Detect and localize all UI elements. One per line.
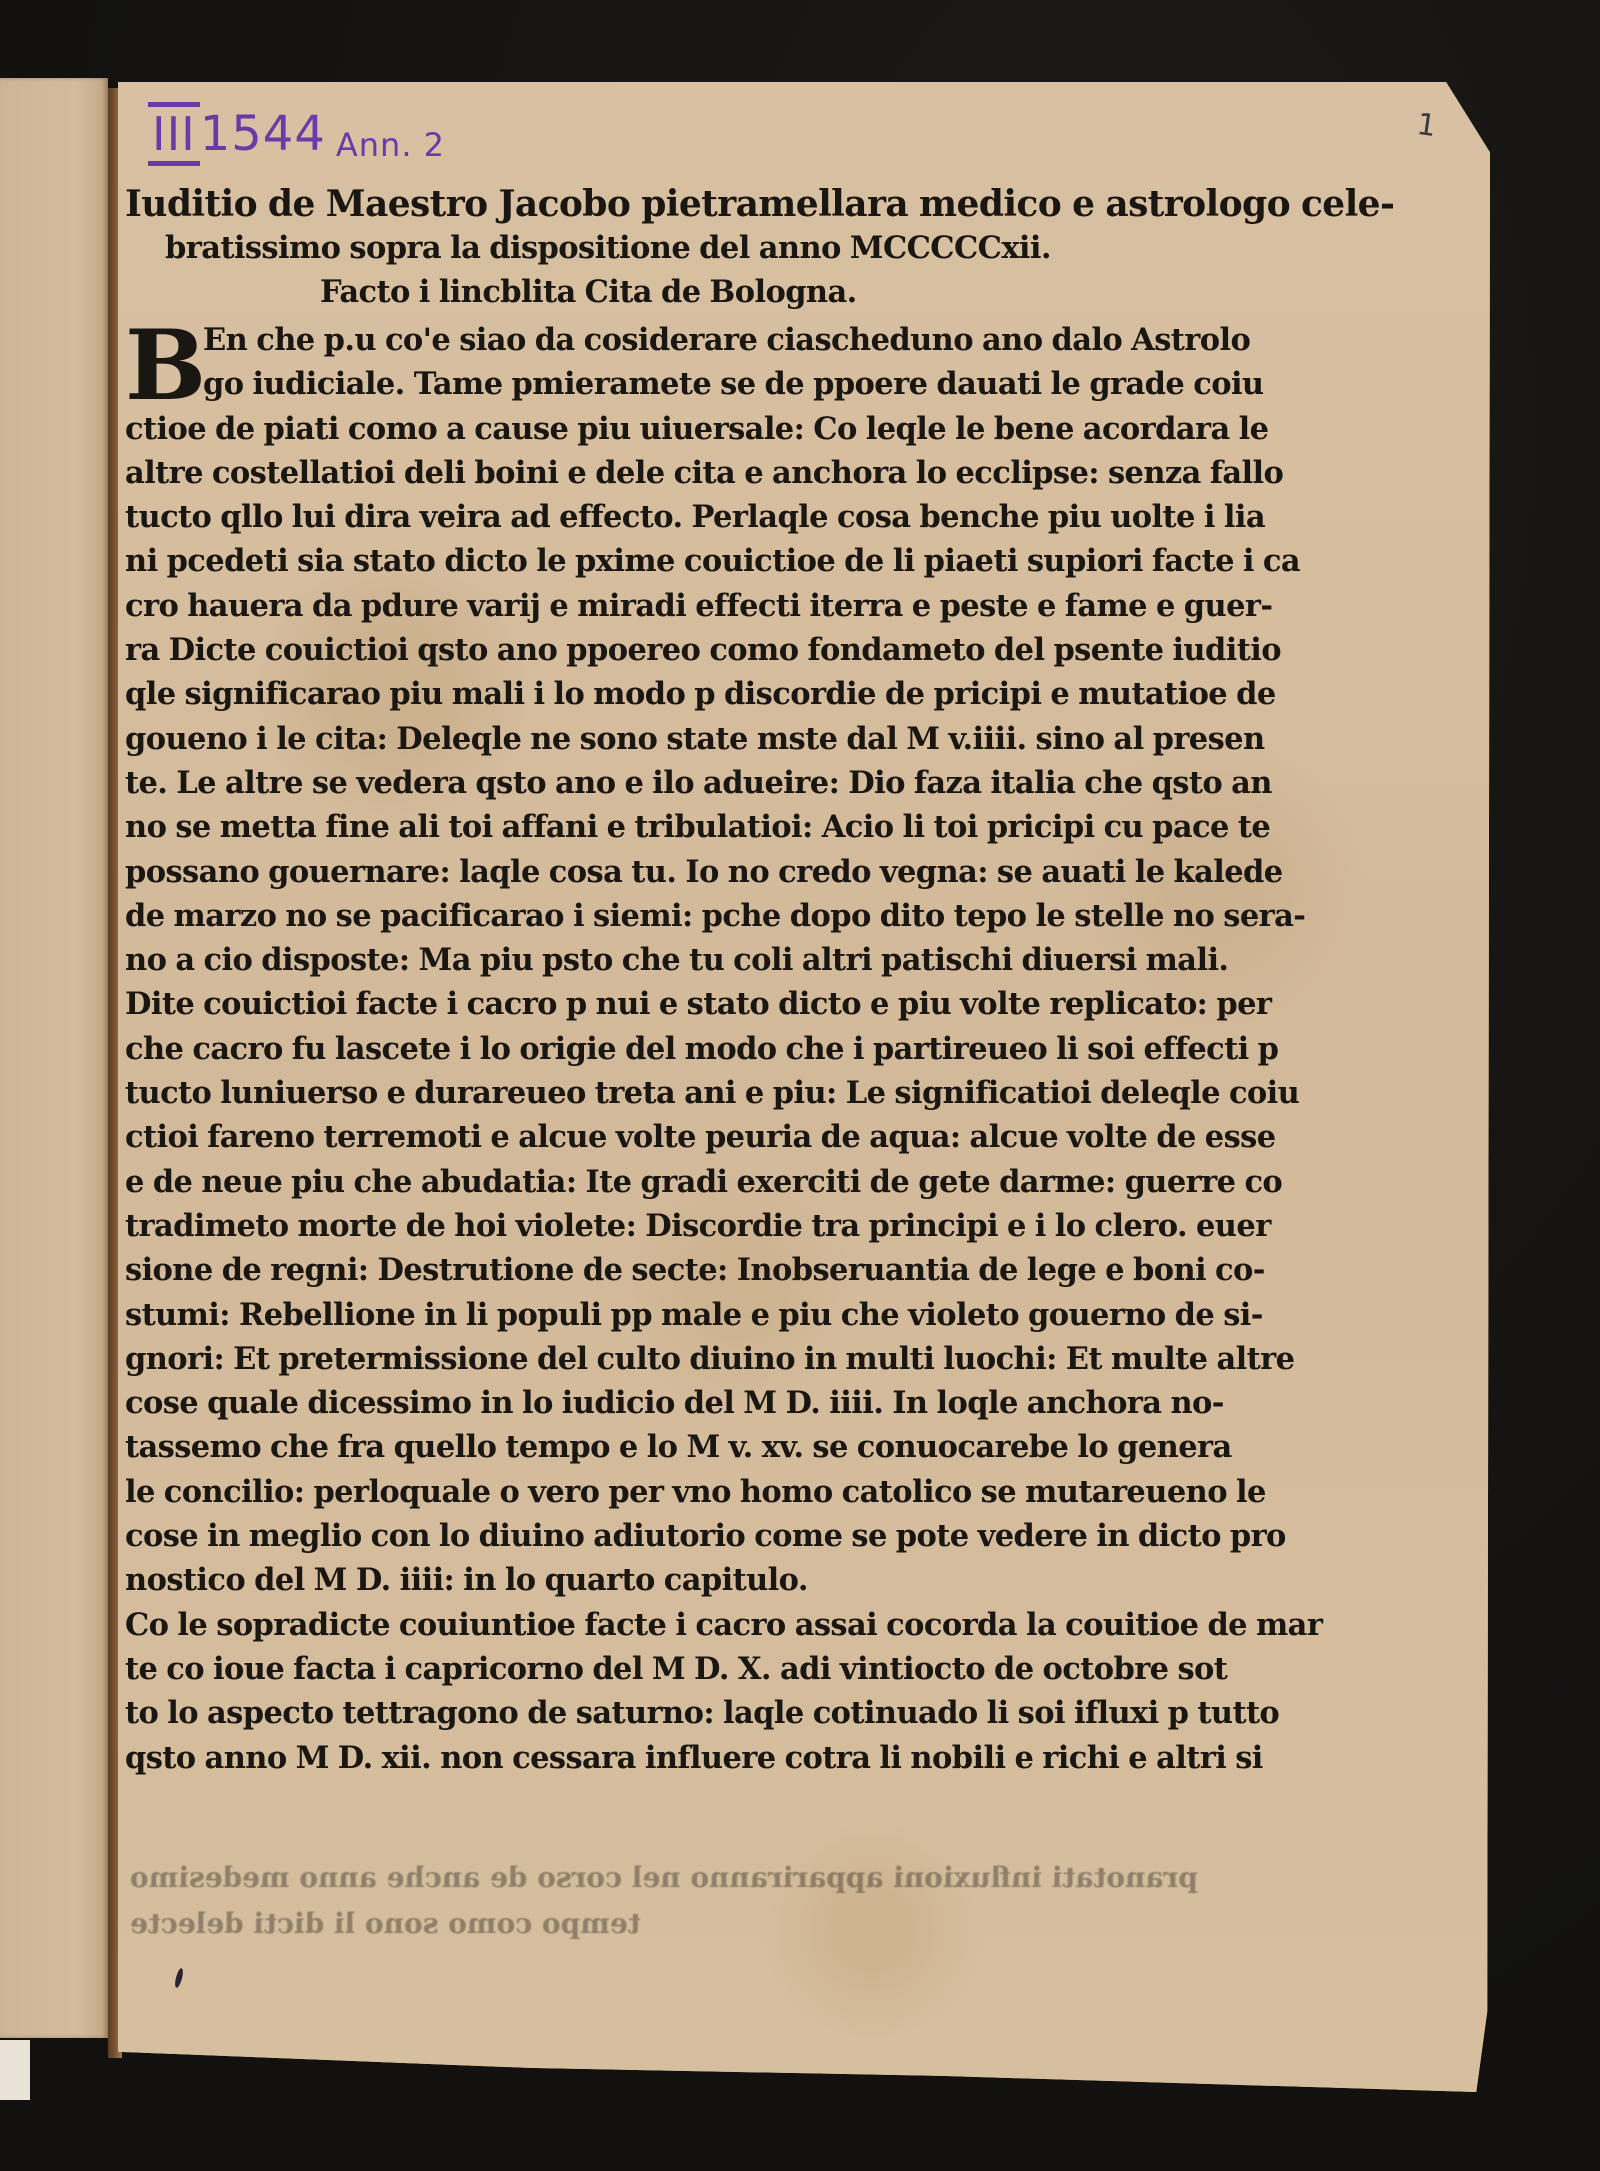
show-through-line: tempo como sono li dicti delecte (130, 1901, 1230, 1947)
text-line: qsto anno M D. xii. non cessara influere… (125, 1736, 1335, 1780)
text-line: tassemo che fra quello tempo e lo M v. x… (125, 1425, 1335, 1469)
text-line: ctioi fareno terremoti e alcue volte peu… (125, 1115, 1335, 1159)
text-line: Co le sopradicte couiuntioe facte i cacr… (125, 1603, 1335, 1647)
text-line: go iudiciale. Tame pmieramete se de ppoe… (125, 362, 1335, 406)
text-line: cose in meglio con lo diuino adiutorio c… (125, 1514, 1335, 1558)
text-line: En che p.u co'e siao da cosiderare ciasc… (125, 318, 1335, 362)
shelfmark-number: 1544 (200, 106, 326, 162)
text-line: che cacro fu lascete i lo origie del mod… (125, 1027, 1335, 1071)
text-line: ctioe de piati como a cause piu uiuersal… (125, 407, 1335, 451)
text-line: no se metta fine ali toi affani e tribul… (125, 805, 1335, 849)
text-line: ra Dicte couictioi qsto ano ppoereo como… (125, 628, 1335, 672)
text-line: tucto luniuerso e durareueo treta ani e … (125, 1071, 1335, 1115)
text-line: tucto qllo lui dira veira ad effecto. Pe… (125, 495, 1335, 539)
text-line: tradimeto morte de hoi violete: Discordi… (125, 1204, 1335, 1248)
text-line: stumi: Rebellione in li populi pp male e… (125, 1293, 1335, 1337)
text-line: te. Le altre se vedera qsto ano e ilo ad… (125, 761, 1335, 805)
title-line-3: Facto i lincblita Cita de Bologna. (125, 270, 1335, 314)
body-text: B En che p.u co'e siao da cosiderare cia… (125, 318, 1335, 1780)
title-line-2: bratissimo sopra la dispositione del ann… (125, 226, 1335, 270)
adjacent-left-page (0, 78, 108, 2038)
text-line: sione de regni: Destrutione de secte: In… (125, 1248, 1335, 1292)
text-line: goueno i le cita: Deleqle ne sono state … (125, 717, 1335, 761)
text-line: de marzo no se pacificarao i siemi: pche… (125, 894, 1335, 938)
text-line: cose quale dicessimo in lo iudicio del M… (125, 1381, 1335, 1425)
text-line: le concilio: perloquale o vero per vno h… (125, 1470, 1335, 1514)
text-line: altre costellatioi deli boini e dele cit… (125, 451, 1335, 495)
printed-text-block: Iuditio de Maestro Jacobo pietramellara … (125, 182, 1335, 1780)
text-line: qle significarao piu mali i lo modo p di… (125, 672, 1335, 716)
text-line: gnori: Et pretermissione del culto diuin… (125, 1337, 1335, 1381)
adjacent-page-edge (0, 2040, 30, 2100)
text-line: ni pcedeti sia stato dicto le pxime coui… (125, 539, 1335, 583)
shelfmark-suffix: Ann. 2 (336, 126, 445, 164)
show-through-text: pranotati influxioni appariranno nel cor… (130, 1855, 1230, 1947)
text-line: e de neue piu che abudatia: Ite gradi ex… (125, 1160, 1335, 1204)
text-line: to lo aspecto tettragono de saturno: laq… (125, 1691, 1335, 1735)
text-line: no a cio disposte: Ma piu psto che tu co… (125, 938, 1335, 982)
text-line: cro hauera da pdure varij e miradi effec… (125, 584, 1335, 628)
text-line: Dite couictioi facte i cacro p nui e sta… (125, 982, 1335, 1026)
show-through-line: pranotati influxioni appariranno nel cor… (130, 1855, 1230, 1901)
text-line: possano gouernare: laqle cosa tu. Io no … (125, 850, 1335, 894)
title-line-1: Iuditio de Maestro Jacobo pietramellara … (125, 182, 1335, 226)
shelfmark-roman: III (148, 102, 200, 166)
drop-cap-initial: B (125, 320, 206, 412)
library-shelfmark-stamp: III1544Ann. 2 (148, 102, 445, 166)
text-line: nostico del M D. iiii: in lo quarto capi… (125, 1558, 1335, 1602)
text-line: te co ioue facta i capricorno del M D. X… (125, 1647, 1335, 1691)
